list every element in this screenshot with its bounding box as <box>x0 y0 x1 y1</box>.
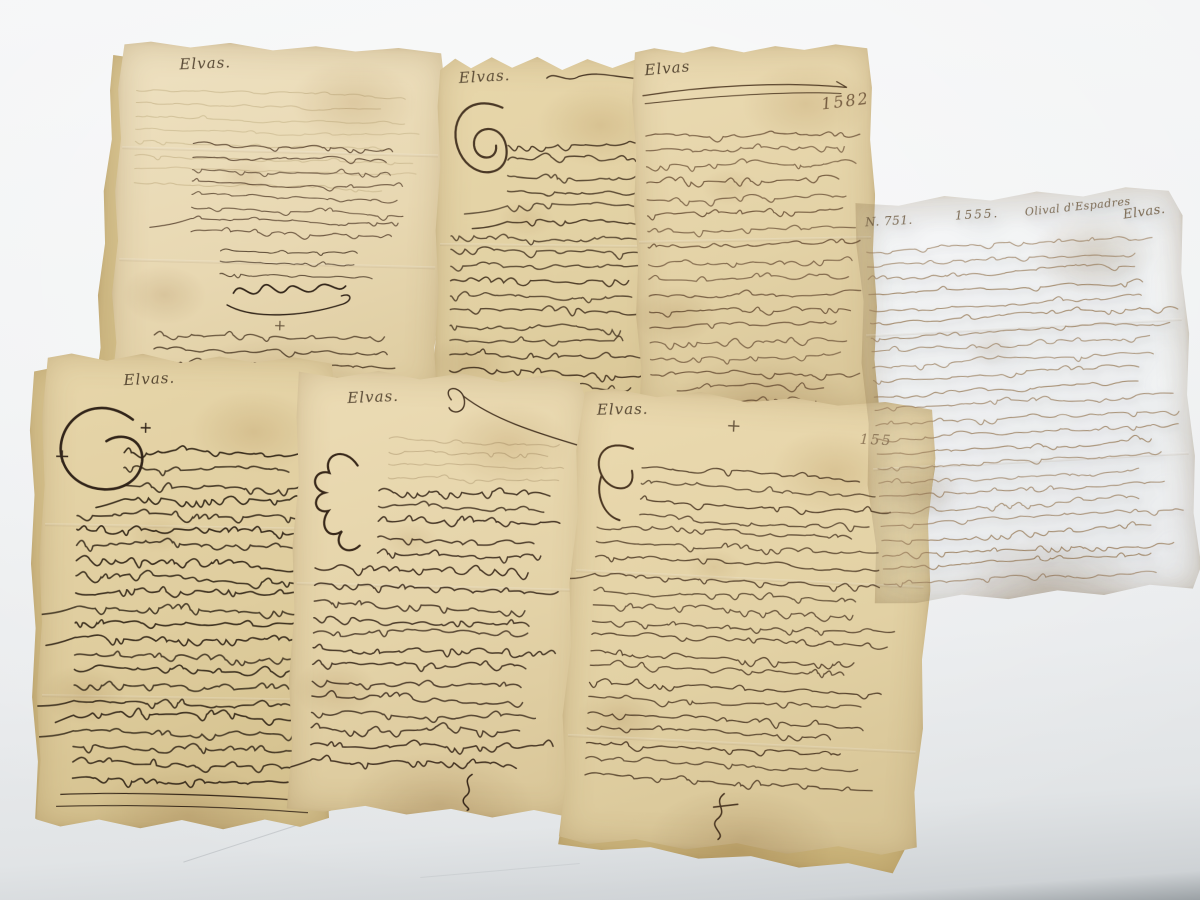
manuscript-right: N. 751. 1555. Olival d'Espadres Elvas. <box>852 183 1200 608</box>
photo-of-manuscripts: Elvas. + Elvas. Elvas <box>0 0 1200 900</box>
paraph-flourish <box>706 793 748 843</box>
paraph-flourish <box>453 772 494 813</box>
handwriting-lines <box>109 40 448 401</box>
manuscript-top-left: Elvas. + <box>109 40 448 401</box>
handwriting-lines <box>630 43 880 420</box>
surface-scratch <box>420 863 579 878</box>
handwriting-lines <box>285 368 592 820</box>
manuscript-top-right: Elvas 1582 <box>630 43 880 420</box>
manuscript-center: Elvas. <box>285 368 592 820</box>
ruled-lines <box>54 790 314 819</box>
handwriting-lines <box>852 183 1200 608</box>
